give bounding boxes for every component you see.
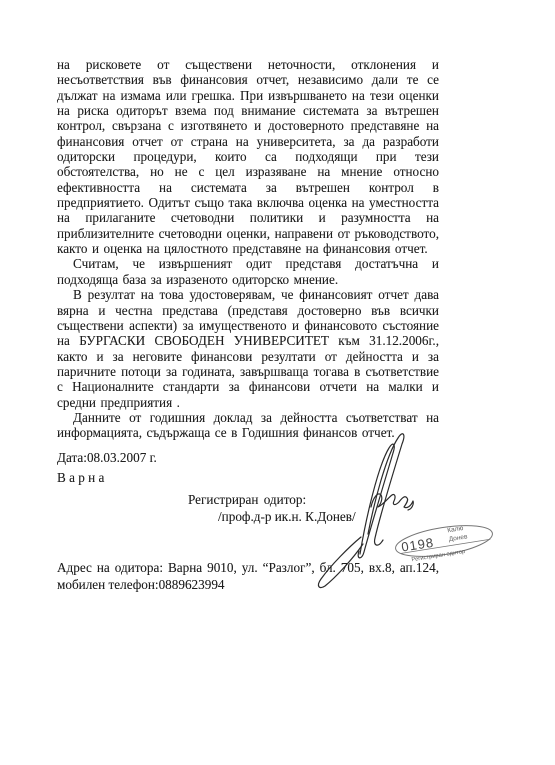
phone-line: мобилен телефон:0889623994 xyxy=(57,577,439,594)
date-line: Дата:08.03.2007 г. xyxy=(57,448,157,468)
scanned-audit-report-page: на рисковете от съществени неточности, о… xyxy=(0,0,555,765)
stamp-first-name: Калю xyxy=(447,525,464,534)
city-line: В а р н а xyxy=(57,468,157,488)
auditor-address-block: Адрес на одитора: Варна 9010, ул. “Разло… xyxy=(57,560,439,593)
auditor-label: Регистриран одитор: xyxy=(188,492,356,509)
stamp-last-name: Донев xyxy=(448,533,468,543)
auditor-signature-block: Регистриран одитор: /проф.д-р ик.н. К.До… xyxy=(188,492,356,525)
paragraph-audit-basis: Считам, че извършеният одит представя до… xyxy=(57,256,439,287)
paragraph-audit-opinion: В резултат на това удостоверявам, че фин… xyxy=(57,287,439,410)
address-line: Адрес на одитора: Варна 9010, ул. “Разло… xyxy=(57,560,439,577)
report-body: на рисковете от съществени неточности, о… xyxy=(57,57,439,441)
signature-stroke-flourish xyxy=(371,494,413,510)
auditor-name: /проф.д-р ик.н. К.Донев/ xyxy=(218,509,356,526)
date-place-block: Дата:08.03.2007 г. В а р н а xyxy=(57,448,157,488)
paragraph-annual-report: Данните от годишния доклад за дейността … xyxy=(57,410,439,441)
paragraph-risk-assessment: на рисковете от съществени неточности, о… xyxy=(57,57,439,256)
stamp-number: 0198 xyxy=(400,535,435,555)
auditor-stamp: 0198 Калю Донев Регистриран одитор xyxy=(386,516,504,568)
